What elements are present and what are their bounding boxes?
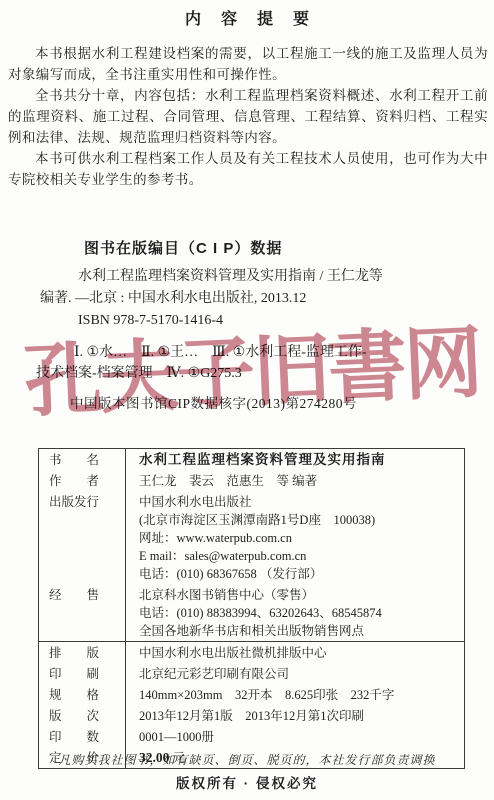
row-label: 规 格 bbox=[39, 684, 125, 705]
colophon-group-printing: 排 版 中国水利水电出版社微机排版中心 印 刷 北京纪元彩艺印刷有限公司 规 格… bbox=[39, 641, 464, 768]
publisher-website: 网址：www.waterpub.com.cn bbox=[139, 529, 460, 547]
row-value: 王仁龙 裴云 范惠生 等 编著 bbox=[125, 470, 464, 491]
table-row-book-title: 书 名 水利工程监理档案资料管理及实用指南 bbox=[39, 449, 464, 470]
book-title: 水利工程监理档案资料管理及实用指南 bbox=[139, 451, 460, 469]
cip-record-line: 水利工程监理档案资料管理及实用指南 / 王仁龙等 bbox=[40, 266, 476, 288]
publisher-name: 中国水利水电出版社 bbox=[139, 493, 460, 511]
row-label: 版 次 bbox=[39, 705, 125, 726]
cip-heading: 图书在版编目（C I P）数据 bbox=[84, 237, 282, 258]
content-summary-section: 内 容 提 要 本书根据水利工程建设档案的需要，以工程施工一线的施工及监理人员为… bbox=[8, 6, 488, 190]
retail-center: 北京科水图书销售中心（零售） bbox=[139, 586, 460, 604]
row-label: 经 售 bbox=[39, 584, 125, 641]
table-row-printer: 印 刷 北京纪元彩艺印刷有限公司 bbox=[39, 663, 464, 684]
table-row-edition: 版 次 2013年12月第1版 2013年12月第1次印刷 bbox=[39, 705, 464, 726]
format-spec: 140mm×203mm 32开本 8.625印张 232千字 bbox=[139, 686, 460, 704]
table-row-authors: 作 者 王仁龙 裴云 范惠生 等 编著 bbox=[39, 470, 464, 491]
cip-registry-number: 中国版本图书馆CIP数据核字(2013)第274280号 bbox=[70, 392, 357, 412]
edition-info: 2013年12月第1版 2013年12月第1次印刷 bbox=[139, 707, 460, 725]
publisher-address: (北京市海淀区玉渊潭南路1号D座 100038) bbox=[139, 511, 460, 529]
cip-record-block: 水利工程监理档案资料管理及实用指南 / 王仁龙等 编著. —北京 : 中国水利水… bbox=[40, 266, 476, 332]
summary-title: 内 容 提 要 bbox=[8, 6, 488, 29]
retail-phones: 电话：(010) 88383994、63202643、68545874 bbox=[139, 604, 460, 622]
row-value: 中国水利水电出版社微机排版中心 bbox=[125, 642, 464, 663]
row-label: 出版发行 bbox=[39, 491, 125, 584]
publisher-email: E mail：sales@waterpub.com.cn bbox=[139, 547, 460, 565]
cip-class-line: Ⅰ. ①水… Ⅱ. ①王… Ⅲ. ①水利工程-监理工作- bbox=[36, 342, 476, 363]
row-value: 水利工程监理档案资料管理及实用指南 bbox=[125, 449, 464, 470]
book-copyright-page: 内 容 提 要 本书根据水利工程建设档案的需要，以工程施工一线的施工及监理人员为… bbox=[0, 0, 494, 800]
cip-record-line: 编著. —北京 : 中国水利水电出版社, 2013.12 bbox=[40, 288, 476, 310]
cip-classification-block: Ⅰ. ①水… Ⅱ. ①王… Ⅲ. ①水利工程-监理工作- 技术档案-档案管理 Ⅳ… bbox=[36, 342, 476, 384]
row-label: 印 刷 bbox=[39, 663, 125, 684]
exchange-notice: 凡购买我社图书，如有缺页、倒页、脱页的，本社发行部负责调换 bbox=[0, 751, 494, 768]
summary-paragraph: 本书根据水利工程建设档案的需要，以工程施工一线的施工及监理人员为对象编写而成，全… bbox=[8, 43, 488, 85]
copyright-notice: 版权所有 · 侵权必究 bbox=[0, 772, 494, 792]
retail-outlets: 全国各地新华书店和相关出版物销售网点 bbox=[139, 622, 460, 640]
table-row-format: 规 格 140mm×203mm 32开本 8.625印张 232千字 bbox=[39, 684, 464, 705]
cip-class-line: 技术档案-档案管理 Ⅳ. ①G275.3 bbox=[36, 363, 476, 384]
row-value: 中国水利水电出版社 (北京市海淀区玉渊潭南路1号D座 100038) 网址：ww… bbox=[125, 491, 464, 584]
printer: 北京纪元彩艺印刷有限公司 bbox=[139, 665, 460, 683]
table-row-publisher: 出版发行 中国水利水电出版社 (北京市海淀区玉渊潭南路1号D座 100038) … bbox=[39, 491, 464, 584]
authors: 王仁龙 裴云 范惠生 等 编著 bbox=[139, 472, 460, 490]
row-label: 书 名 bbox=[39, 449, 125, 470]
row-label: 印 数 bbox=[39, 726, 125, 747]
table-row-typesetting: 排 版 中国水利水电出版社微机排版中心 bbox=[39, 642, 464, 663]
row-value: 2013年12月第1版 2013年12月第1次印刷 bbox=[125, 705, 464, 726]
table-row-print-run: 印 数 0001—1000册 bbox=[39, 726, 464, 747]
cip-isbn: ISBN 978-7-5170-1416-4 bbox=[40, 310, 476, 332]
summary-paragraph: 全书共分十章，内容包括：水利工程监理档案资料概述、水利工程开工前的监理资料、施工… bbox=[8, 85, 488, 148]
row-value: 0001—1000册 bbox=[125, 726, 464, 747]
print-run: 0001—1000册 bbox=[139, 728, 460, 746]
row-value: 北京纪元彩艺印刷有限公司 bbox=[125, 663, 464, 684]
publisher-phone: 电话：(010) 68367658 （发行部） bbox=[139, 565, 460, 583]
row-label: 作 者 bbox=[39, 470, 125, 491]
summary-paragraph: 本书可供水利工程档案工作人员及有关工程技术人员使用，也可作为大中专院校相关专业学… bbox=[8, 148, 488, 190]
colophon-group-publishing: 书 名 水利工程监理档案资料管理及实用指南 作 者 王仁龙 裴云 范惠生 等 编… bbox=[39, 449, 464, 641]
row-label: 排 版 bbox=[39, 642, 125, 663]
typesetter: 中国水利水电出版社微机排版中心 bbox=[139, 644, 460, 662]
row-value: 北京科水图书销售中心（零售） 电话：(010) 88383994、6320264… bbox=[125, 584, 464, 641]
table-row-distribution: 经 售 北京科水图书销售中心（零售） 电话：(010) 88383994、632… bbox=[39, 584, 464, 641]
colophon-table: 书 名 水利工程监理档案资料管理及实用指南 作 者 王仁龙 裴云 范惠生 等 编… bbox=[38, 448, 465, 769]
row-value: 140mm×203mm 32开本 8.625印张 232千字 bbox=[125, 684, 464, 705]
